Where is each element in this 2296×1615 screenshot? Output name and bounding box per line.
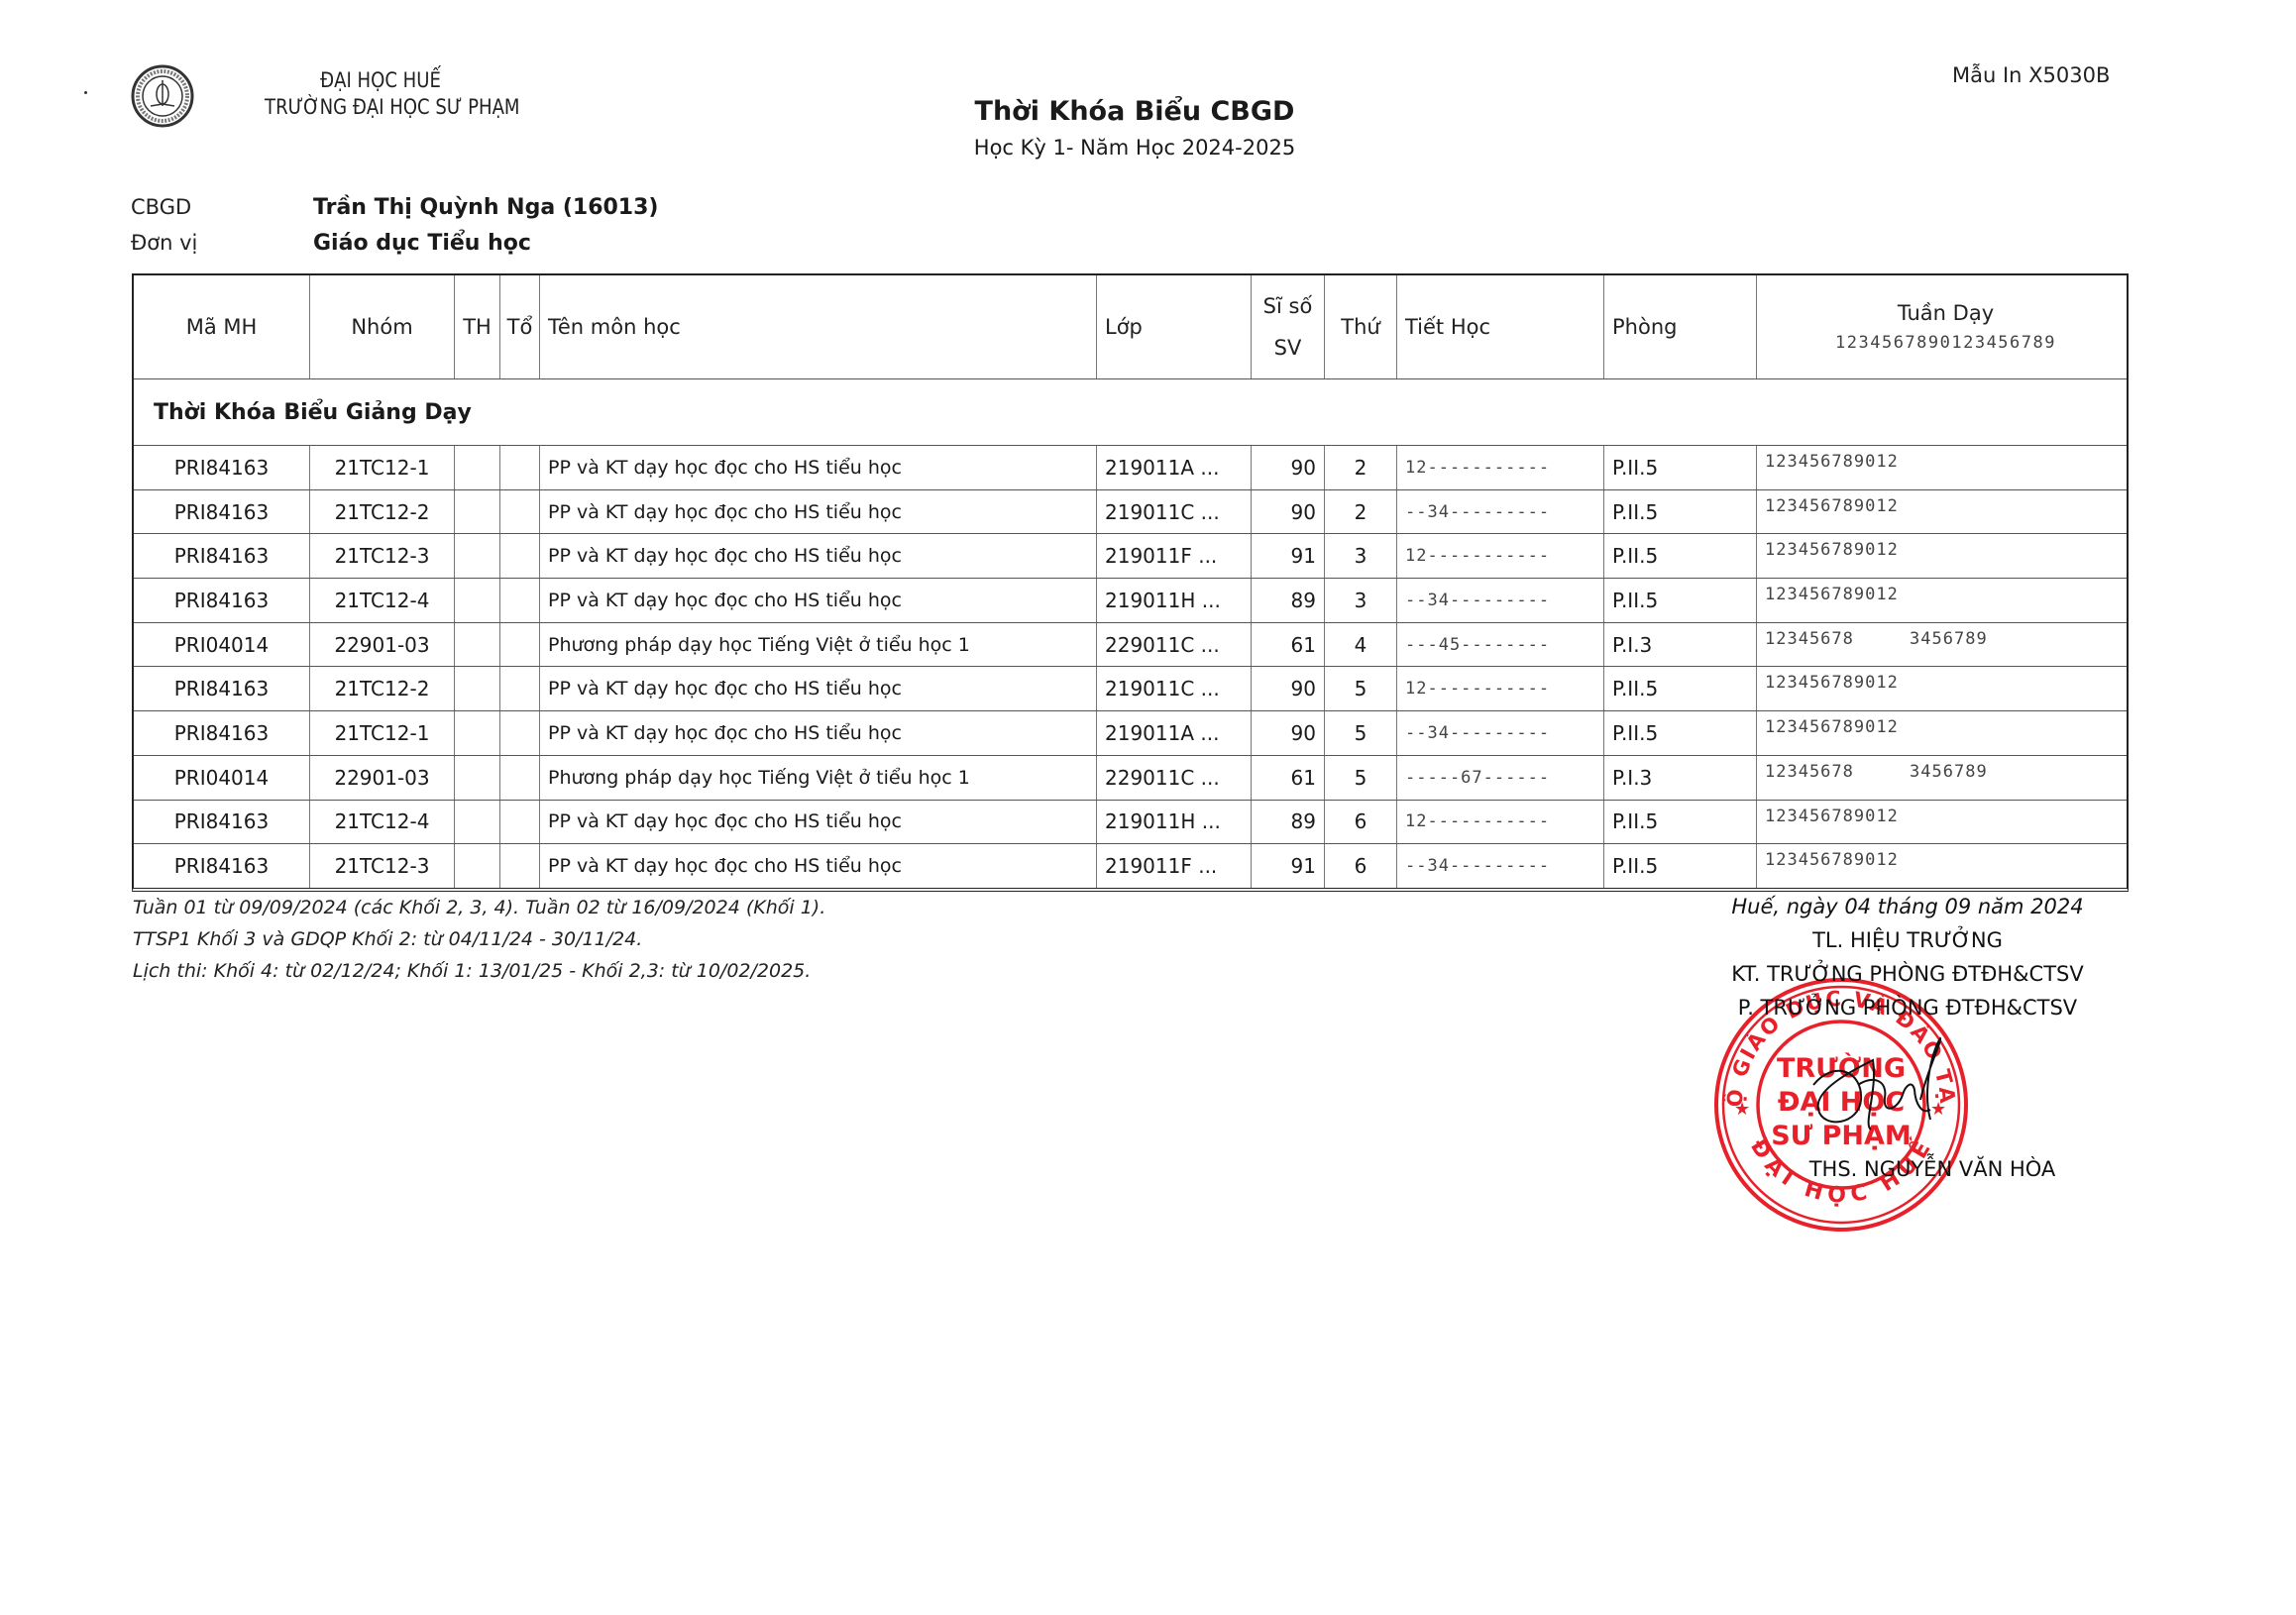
table-row: PRI8416321TC12-3PP và KT dạy học đọc cho… bbox=[134, 534, 2127, 579]
cell-to bbox=[500, 711, 540, 755]
cell-tiet-hoc: 12----------- bbox=[1397, 534, 1604, 578]
cell-nhom: 22901-03 bbox=[310, 623, 455, 667]
section-title: Thời Khóa Biểu Giảng Dạy bbox=[134, 379, 2127, 446]
cell-tiet-hoc: --34--------- bbox=[1397, 579, 1604, 622]
cell-tuan-day: 123456789012 bbox=[1757, 534, 2127, 578]
cell-to bbox=[500, 446, 540, 489]
cell-th bbox=[455, 667, 500, 710]
cell-tuan-day: 123456789012 bbox=[1757, 490, 2127, 534]
cell-ma-mh: PRI84163 bbox=[134, 490, 310, 534]
cell-ten-mon: Phương pháp dạy học Tiếng Việt ở tiểu họ… bbox=[540, 756, 1097, 800]
schedule-table: Mã MH Nhóm TH Tổ Tên môn học Lớp Sĩ số S… bbox=[132, 273, 2129, 892]
cell-tiet-hoc: 12----------- bbox=[1397, 667, 1604, 710]
cell-ma-mh: PRI84163 bbox=[134, 667, 310, 710]
table-row: PRI8416321TC12-4PP và KT dạy học đọc cho… bbox=[134, 801, 2127, 845]
table-row: PRI8416321TC12-1PP và KT dạy học đọc cho… bbox=[134, 446, 2127, 490]
lecturer-value: Trần Thị Quỳnh Nga (16013) bbox=[313, 195, 658, 220]
col-header-nhom: Nhóm bbox=[310, 275, 455, 378]
cell-th bbox=[455, 711, 500, 755]
cell-lop: 219011F ... bbox=[1097, 844, 1252, 888]
col-header-ten-mon: Tên môn học bbox=[540, 275, 1097, 378]
cell-lop: 219011F ... bbox=[1097, 534, 1252, 578]
col-header-si-so-line2: SV bbox=[1274, 327, 1302, 369]
cell-to bbox=[500, 623, 540, 667]
cell-ten-mon: PP và KT dạy học đọc cho HS tiểu học bbox=[540, 801, 1097, 844]
col-header-phong: Phòng bbox=[1604, 275, 1757, 378]
cell-phong: P.I.3 bbox=[1604, 756, 1757, 800]
cell-thu: 5 bbox=[1325, 711, 1397, 755]
cell-to bbox=[500, 490, 540, 534]
cell-to bbox=[500, 756, 540, 800]
col-header-tuan-day: Tuần Dạy 1234567890123456789 bbox=[1757, 275, 2127, 378]
cell-th bbox=[455, 623, 500, 667]
cell-si-so: 89 bbox=[1252, 579, 1325, 622]
cell-th bbox=[455, 534, 500, 578]
table-row: PRI8416321TC12-2PP và KT dạy học đọc cho… bbox=[134, 490, 2127, 535]
cell-lop: 229011C ... bbox=[1097, 756, 1252, 800]
cell-tuan-day: 123456789012 bbox=[1757, 844, 2127, 888]
table-row: PRI8416321TC12-1PP và KT dạy học đọc cho… bbox=[134, 711, 2127, 756]
cell-thu: 2 bbox=[1325, 490, 1397, 534]
cell-nhom: 21TC12-2 bbox=[310, 490, 455, 534]
note-line: TTSP1 Khối 3 và GDQP Khối 2: từ 04/11/24… bbox=[133, 923, 825, 955]
table-row: PRI8416321TC12-4PP và KT dạy học đọc cho… bbox=[134, 579, 2127, 623]
cell-lop: 219011H ... bbox=[1097, 801, 1252, 844]
cell-th bbox=[455, 801, 500, 844]
cell-ten-mon: PP và KT dạy học đọc cho HS tiểu học bbox=[540, 844, 1097, 888]
cell-nhom: 21TC12-4 bbox=[310, 801, 455, 844]
university-seal-icon bbox=[131, 64, 194, 128]
cell-phong: P.II.5 bbox=[1604, 490, 1757, 534]
cell-si-so: 61 bbox=[1252, 756, 1325, 800]
cell-lop: 219011A ... bbox=[1097, 711, 1252, 755]
cell-si-so: 90 bbox=[1252, 711, 1325, 755]
page-subtitle: Học Kỳ 1- Năm Học 2024-2025 bbox=[892, 132, 1377, 163]
form-code: Mẫu In X5030B bbox=[1952, 63, 2110, 87]
cell-ma-mh: PRI84163 bbox=[134, 844, 310, 888]
cell-si-so: 90 bbox=[1252, 490, 1325, 534]
cell-tiet-hoc: -----67------ bbox=[1397, 756, 1604, 800]
cell-si-so: 89 bbox=[1252, 801, 1325, 844]
cell-ma-mh: PRI84163 bbox=[134, 446, 310, 489]
cell-lop: 219011C ... bbox=[1097, 667, 1252, 710]
handwritten-signature-icon bbox=[1804, 1030, 1952, 1139]
cell-tuan-day: 12345678 3456789 bbox=[1757, 756, 2127, 800]
cell-si-so: 91 bbox=[1252, 844, 1325, 888]
cell-lop: 219011C ... bbox=[1097, 490, 1252, 534]
cell-phong: P.II.5 bbox=[1604, 579, 1757, 622]
col-header-th: TH bbox=[455, 275, 500, 378]
unit-label: Đơn vị bbox=[131, 231, 197, 255]
cell-thu: 4 bbox=[1325, 623, 1397, 667]
note-line: Lịch thi: Khối 4: từ 02/12/24; Khối 1: 1… bbox=[133, 955, 825, 987]
cell-ten-mon: PP và KT dạy học đọc cho HS tiểu học bbox=[540, 490, 1097, 534]
table-body: PRI8416321TC12-1PP và KT dạy học đọc cho… bbox=[134, 446, 2127, 888]
cell-ma-mh: PRI04014 bbox=[134, 623, 310, 667]
cell-tiet-hoc: 12----------- bbox=[1397, 446, 1604, 489]
cell-nhom: 21TC12-4 bbox=[310, 579, 455, 622]
cell-ten-mon: PP và KT dạy học đọc cho HS tiểu học bbox=[540, 534, 1097, 578]
cell-tuan-day: 123456789012 bbox=[1757, 446, 2127, 489]
cell-ten-mon: PP và KT dạy học đọc cho HS tiểu học bbox=[540, 579, 1097, 622]
cell-ma-mh: PRI04014 bbox=[134, 756, 310, 800]
cell-thu: 2 bbox=[1325, 446, 1397, 489]
cell-tuan-day: 123456789012 bbox=[1757, 801, 2127, 844]
cell-ten-mon: PP và KT dạy học đọc cho HS tiểu học bbox=[540, 711, 1097, 755]
cell-ten-mon: Phương pháp dạy học Tiếng Việt ở tiểu họ… bbox=[540, 623, 1097, 667]
cell-th bbox=[455, 756, 500, 800]
cell-thu: 6 bbox=[1325, 801, 1397, 844]
cell-phong: P.II.5 bbox=[1604, 801, 1757, 844]
signer-name-block: THS. NGUYỄN VĂN HÒA bbox=[1685, 1157, 2131, 1181]
cell-th bbox=[455, 844, 500, 888]
table-row: PRI8416321TC12-2PP và KT dạy học đọc cho… bbox=[134, 667, 2127, 711]
document-title: Thời Khóa Biểu CBGD Học Kỳ 1- Năm Học 20… bbox=[892, 94, 1377, 163]
university-name: ĐẠI HỌC HUẾ TRƯỜNG ĐẠI HỌC SƯ PHẠM bbox=[246, 67, 515, 121]
table-row: PRI8416321TC12-3PP và KT dạy học đọc cho… bbox=[134, 844, 2127, 888]
cell-nhom: 21TC12-1 bbox=[310, 446, 455, 489]
col-header-tuan-day-label: Tuần Dạy bbox=[1898, 301, 1994, 325]
cell-tiet-hoc: --34--------- bbox=[1397, 844, 1604, 888]
cell-nhom: 21TC12-1 bbox=[310, 711, 455, 755]
cell-th bbox=[455, 490, 500, 534]
cell-tuan-day: 123456789012 bbox=[1757, 711, 2127, 755]
unit-value: Giáo dục Tiểu học bbox=[313, 231, 531, 256]
week-number-scale: 1234567890123456789 bbox=[1835, 333, 2056, 353]
cell-tuan-day: 12345678 3456789 bbox=[1757, 623, 2127, 667]
cell-nhom: 21TC12-2 bbox=[310, 667, 455, 710]
col-header-si-so: Sĩ số SV bbox=[1252, 275, 1325, 378]
col-header-si-so-line1: Sĩ số bbox=[1263, 285, 1313, 327]
cell-lop: 219011A ... bbox=[1097, 446, 1252, 489]
cell-ma-mh: PRI84163 bbox=[134, 579, 310, 622]
cell-tiet-hoc: --34--------- bbox=[1397, 490, 1604, 534]
cell-phong: P.II.5 bbox=[1604, 711, 1757, 755]
cell-nhom: 22901-03 bbox=[310, 756, 455, 800]
cell-si-so: 61 bbox=[1252, 623, 1325, 667]
cell-phong: P.II.5 bbox=[1604, 667, 1757, 710]
cell-phong: P.I.3 bbox=[1604, 623, 1757, 667]
cell-si-so: 91 bbox=[1252, 534, 1325, 578]
school-title: TRƯỜNG ĐẠI HỌC SƯ PHẠM bbox=[265, 94, 496, 121]
cell-tuan-day: 123456789012 bbox=[1757, 579, 2127, 622]
cell-thu: 5 bbox=[1325, 756, 1397, 800]
cell-thu: 6 bbox=[1325, 844, 1397, 888]
cell-to bbox=[500, 667, 540, 710]
cell-to bbox=[500, 534, 540, 578]
cell-nhom: 21TC12-3 bbox=[310, 844, 455, 888]
cell-si-so: 90 bbox=[1252, 446, 1325, 489]
col-header-lop: Lớp bbox=[1097, 275, 1252, 378]
signature-title-2: KT. TRƯỞNG PHÒNG ĐTĐH&CTSV bbox=[1685, 957, 2131, 991]
cell-tiet-hoc: ---45-------- bbox=[1397, 623, 1604, 667]
cell-lop: 229011C ... bbox=[1097, 623, 1252, 667]
page-title: Thời Khóa Biểu CBGD bbox=[892, 94, 1377, 130]
svg-text:★: ★ bbox=[1734, 1099, 1750, 1120]
col-header-thu: Thứ bbox=[1325, 275, 1397, 378]
cell-tuan-day: 123456789012 bbox=[1757, 667, 2127, 710]
signature-date: Huế, ngày 04 tháng 09 năm 2024 bbox=[1685, 890, 2131, 923]
cell-th bbox=[455, 579, 500, 622]
cell-ten-mon: PP và KT dạy học đọc cho HS tiểu học bbox=[540, 446, 1097, 489]
table-row: PRI0401422901-03Phương pháp dạy học Tiến… bbox=[134, 623, 2127, 668]
cell-nhom: 21TC12-3 bbox=[310, 534, 455, 578]
cell-to bbox=[500, 801, 540, 844]
cell-phong: P.II.5 bbox=[1604, 446, 1757, 489]
cell-ma-mh: PRI84163 bbox=[134, 711, 310, 755]
signature-block: Huế, ngày 04 tháng 09 năm 2024 TL. HIỆU … bbox=[1685, 890, 2131, 1024]
scan-artifact-dot bbox=[84, 91, 87, 94]
cell-tiet-hoc: --34--------- bbox=[1397, 711, 1604, 755]
cell-phong: P.II.5 bbox=[1604, 844, 1757, 888]
cell-si-so: 90 bbox=[1252, 667, 1325, 710]
col-header-tiet-hoc: Tiết Học bbox=[1397, 275, 1604, 378]
cell-to bbox=[500, 844, 540, 888]
signer-name: THS. NGUYỄN VĂN HÒA bbox=[1809, 1157, 2056, 1181]
signature-title-1: TL. HIỆU TRƯỞNG bbox=[1685, 923, 2131, 957]
table-header: Mã MH Nhóm TH Tổ Tên môn học Lớp Sĩ số S… bbox=[134, 275, 2127, 379]
table-row: PRI0401422901-03Phương pháp dạy học Tiến… bbox=[134, 756, 2127, 801]
lecturer-label: CBGD bbox=[131, 195, 191, 219]
cell-to bbox=[500, 579, 540, 622]
cell-lop: 219011H ... bbox=[1097, 579, 1252, 622]
cell-thu: 3 bbox=[1325, 579, 1397, 622]
university-title: ĐẠI HỌC HUẾ bbox=[265, 67, 496, 94]
schedule-notes: Tuần 01 từ 09/09/2024 (các Khối 2, 3, 4)… bbox=[133, 892, 825, 987]
cell-tiet-hoc: 12----------- bbox=[1397, 801, 1604, 844]
cell-ma-mh: PRI84163 bbox=[134, 534, 310, 578]
cell-thu: 3 bbox=[1325, 534, 1397, 578]
col-header-ma-mh: Mã MH bbox=[134, 275, 310, 378]
cell-ma-mh: PRI84163 bbox=[134, 801, 310, 844]
col-header-to: Tổ bbox=[500, 275, 540, 378]
cell-thu: 5 bbox=[1325, 667, 1397, 710]
note-line: Tuần 01 từ 09/09/2024 (các Khối 2, 3, 4)… bbox=[133, 892, 825, 923]
signature-title-3: P. TRƯỞNG PHÒNG ĐTĐH&CTSV bbox=[1685, 991, 2131, 1024]
cell-ten-mon: PP và KT dạy học đọc cho HS tiểu học bbox=[540, 667, 1097, 710]
cell-th bbox=[455, 446, 500, 489]
cell-phong: P.II.5 bbox=[1604, 534, 1757, 578]
